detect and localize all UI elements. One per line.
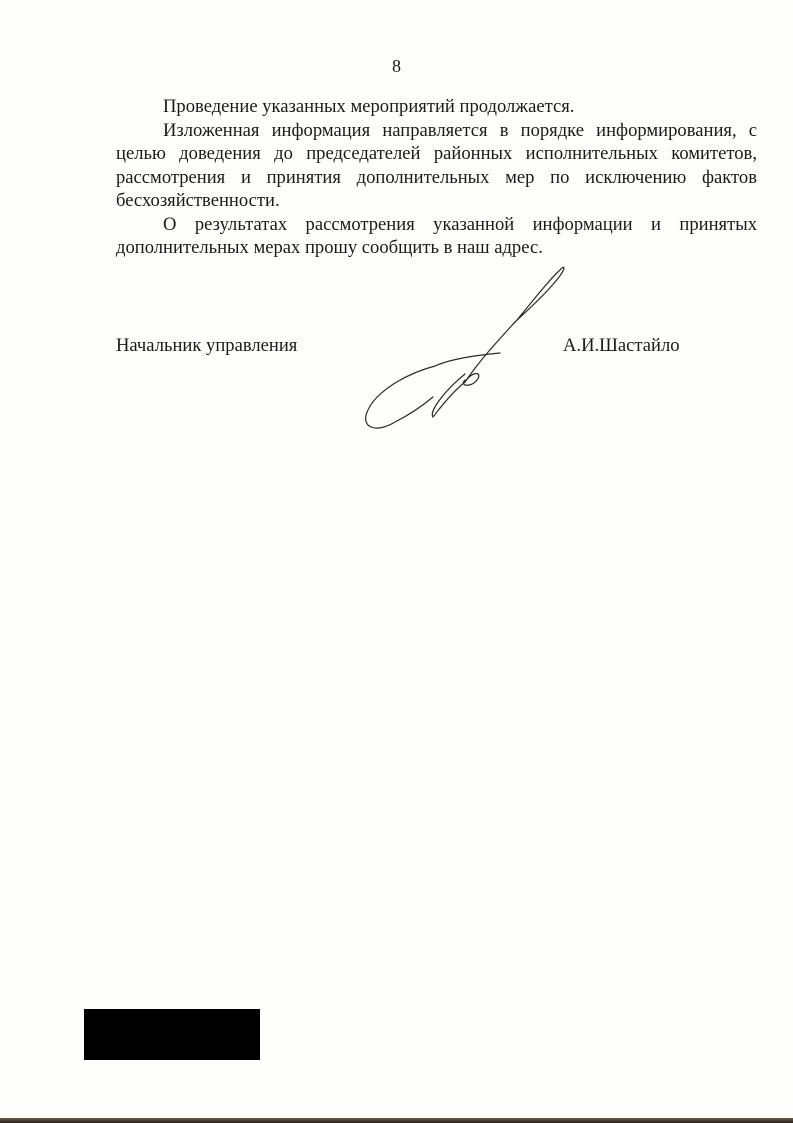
paragraph: О результатах рассмотрения указанной инф…	[116, 213, 757, 260]
signature-icon	[355, 262, 575, 437]
redacted-block	[84, 1009, 260, 1060]
paragraph: Проведение указанных мероприятий продолж…	[116, 95, 757, 119]
body-text: Проведение указанных мероприятий продолж…	[116, 95, 757, 260]
page-number: 8	[0, 56, 793, 77]
scan-edge	[0, 1118, 793, 1123]
paragraph: Изложенная информация направляется в пор…	[116, 119, 757, 213]
signatory-name: А.И.Шастайло	[563, 335, 680, 357]
signatory-title: Начальник управления	[116, 335, 297, 357]
